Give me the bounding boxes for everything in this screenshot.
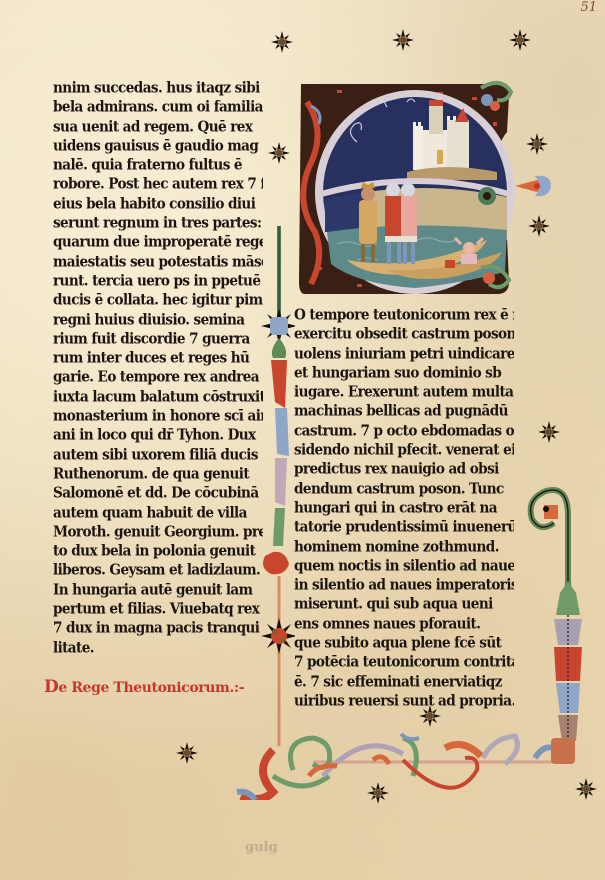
star-icon [392, 29, 414, 51]
rubric-tail: :- [234, 680, 244, 696]
right-margin-crozier-border [520, 485, 590, 755]
star-icon [271, 31, 293, 53]
star-icon [526, 133, 548, 155]
bottom-vine-border [233, 720, 583, 800]
text-line: tatorie prudentissimū inuenerūt [294, 517, 514, 539]
text-line: garie. Eo tempore rex andrea [53, 367, 263, 389]
historiated-initial-image [297, 72, 527, 304]
text-line: bela admirans. cum oi familia [53, 97, 263, 119]
text-line: ani in loco qui dr̄ Tyhon. Dux [53, 425, 263, 447]
text-line: 7 dux in magna pacis tranqui [53, 618, 263, 640]
text-line: machinas bellicas ad pugnādū [294, 401, 514, 423]
text-line: hominem nomine zothmund. [294, 536, 514, 558]
text-line: regni huius diuisio. semina [53, 309, 263, 331]
text-line: robore. Post hec autem rex 7 fr [53, 174, 263, 196]
star-icon [538, 421, 560, 443]
text-line: liberos. Geysam et ladizlaum. [53, 560, 263, 582]
rubric-initial: D [44, 677, 58, 697]
text-line: uolens iniuriam petri uindicare [294, 343, 514, 365]
folio-number: 51 [580, 0, 597, 15]
star-icon [176, 742, 198, 764]
text-line: miserunt. qui sub aqua ueni [294, 594, 514, 616]
rubric-text: e Rege Theutonicorum. [58, 680, 234, 696]
text-line: predictus rex nauigio ad obsi [294, 459, 514, 481]
text-line: 7 potēcia teutonicorum contrita [294, 652, 514, 674]
star-icon [575, 778, 597, 800]
star-icon [268, 142, 290, 164]
right-text-column: O tempore teutonicorum rex ē magni exerc… [294, 306, 514, 711]
text-line: litate. [53, 637, 263, 659]
star-icon [528, 215, 550, 237]
flower-ornament-icon [513, 172, 553, 200]
star-icon [367, 782, 389, 804]
text-line: Salomonē et dd. De cōcubinā [53, 483, 263, 505]
library-stamp-watermark: gulg [245, 840, 278, 855]
text-line: quarum due improperatē rege [53, 232, 263, 254]
left-text-column: nnim succedas. hus itaqz sibi bela admir… [53, 79, 263, 658]
text-line: sua uenit ad regem. Quē rex [53, 116, 263, 138]
text-line: exercitu obsedit castrum poson [294, 324, 514, 346]
rubric-heading: De Rege Theutonicorum.:- [44, 677, 244, 697]
text-line: uiribus reuersi sunt ad propria. [294, 691, 514, 713]
star-icon [509, 29, 531, 51]
illuminated-initial [297, 72, 527, 304]
text-line: autem quam habuit de villa [53, 502, 263, 524]
text-line: ducis ē collata. hec igitur pima [53, 290, 263, 312]
